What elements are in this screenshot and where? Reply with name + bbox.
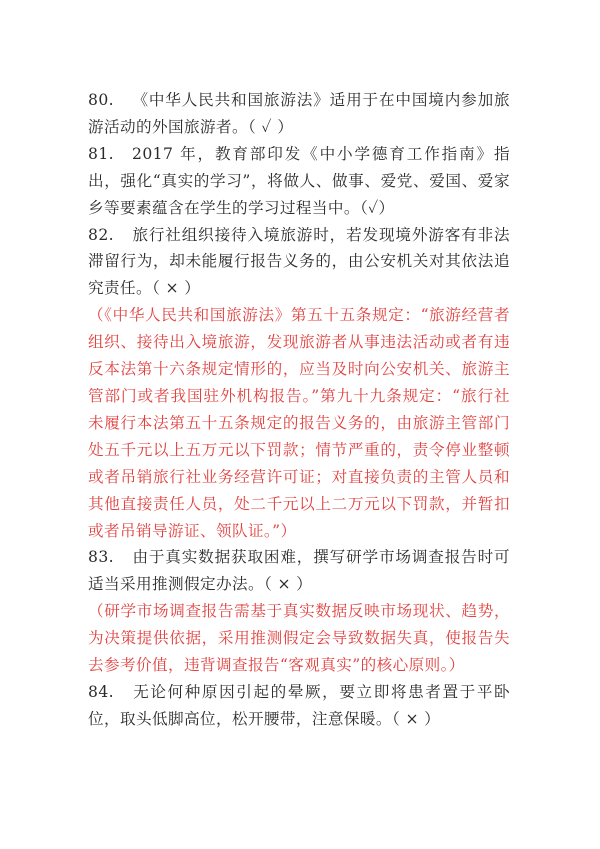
explanation-82: （《中华人民共和国旅游法》第五十五条规定：“旅游经营者组织、接待出入境旅游，发现… — [88, 302, 510, 544]
question-number: 81. — [88, 141, 132, 168]
question-82: 82.旅行社组织接待入境旅游时，若发现境外游客有非法滞留行为，却未能履行报告义务… — [88, 222, 510, 303]
document-page: 80.《中华人民共和国旅游法》适用于在中国境内参加旅游活动的外国旅游者。（ ✓ … — [88, 87, 510, 733]
answer-mark: （✓） — [360, 199, 395, 217]
question-text: 无论何种原因引起的晕厥，要立即将患者置于平卧位，取头低脚高位，松开腰带，注意保暖… — [88, 683, 510, 728]
question-84: 84.无论何种原因引起的晕厥，要立即将患者置于平卧位，取头低脚高位，松开腰带，注… — [88, 679, 510, 733]
question-number: 84. — [88, 679, 132, 706]
explanation-83: （研学市场调查报告需基于真实数据反映市场现状、趋势，为决策提供依据，采用推测假定… — [88, 598, 510, 679]
question-number: 82. — [88, 222, 132, 249]
answer-mark: （ × ） — [152, 279, 200, 297]
question-83: 83.由于真实数据获取困难，撰写研学市场调查报告时可适当采用推测假定办法。（ ×… — [88, 544, 510, 598]
question-number: 80. — [88, 87, 132, 114]
question-text: 《中华人民共和国旅游法》适用于在中国境内参加旅游活动的外国旅游者。 — [88, 91, 510, 136]
question-81: 81.2017 年，教育部印发《中小学德育工作指南》指出，强化“真实的学习”，将… — [88, 141, 510, 222]
question-number: 83. — [88, 544, 132, 571]
question-text: 2017 年，教育部印发《中小学德育工作指南》指出，强化“真实的学习”，将做人、… — [88, 145, 510, 217]
answer-mark: （ × ） — [264, 575, 312, 593]
question-80: 80.《中华人民共和国旅游法》适用于在中国境内参加旅游活动的外国旅游者。（ ✓ … — [88, 87, 510, 141]
answer-mark: （ × ） — [392, 710, 440, 728]
answer-mark: （ ✓ ） — [248, 118, 293, 136]
